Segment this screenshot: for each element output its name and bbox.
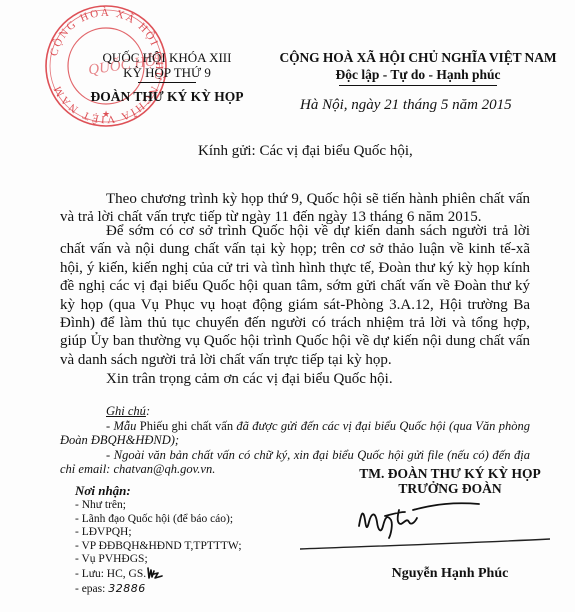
place-date: Hà Nội, ngày 21 tháng 5 năm 2015 [300,97,512,114]
national-header: CỘNG HOÀ XÃ HỘI CHỦ NGHĨA VIỆT NAM Độc l… [268,50,568,86]
issuing-body-header: QUỐC HỘI KHÓA XIII KỲ HỌP THỨ 9 ĐOÀN THƯ… [72,50,262,104]
motto-rule [339,85,497,86]
signature-block: TM. ĐOÀN THƯ KÝ KỲ HỌP TRƯỞNG ĐOÀN [330,466,570,496]
salutation: Kính gửi: Các vị đại biểu Quốc hội, [198,143,413,160]
assembly-term: QUỐC HỘI KHÓA XIII [72,50,262,65]
recipient-item: - Như trên; [75,499,242,512]
on-behalf-of: TM. ĐOÀN THƯ KÝ KỲ HỌP [330,466,570,481]
recipient-item: - Vụ PVHĐGS; [75,553,242,566]
body-paragraph-2: Để sớm có cơ sở trình Quốc hội về dự kiế… [60,222,530,369]
handwritten-signature [355,500,485,542]
notes-title: Ghi chú [106,404,146,418]
note-item-1: - Mẫu Phiếu ghi chất vấn đã được gửi đến… [60,419,530,448]
recipient-item: - Lãnh đạo Quốc hội (để báo cáo); [75,513,242,526]
recipient-item: - VP ĐĐBQH&HĐND T,TPTTTW; [75,540,242,553]
recipients-title: Nơi nhận: [75,484,242,497]
epas-number: 32886 [108,582,146,595]
signature-underline [300,538,552,552]
issuing-body-name: ĐOÀN THƯ KÝ KỲ HỌP [72,89,262,104]
session-number: KỲ HỌP THỨ 9 [72,65,262,80]
recipient-item: - LĐVPQH; [75,526,242,539]
national-motto: Độc lập - Tự do - Hạnh phúc [335,67,500,83]
svg-text:★: ★ [102,109,110,119]
closing-line: Xin trân trọng cảm ơn các vị đại biểu Qu… [106,371,393,388]
nation-name: CỘNG HOÀ XÃ HỘI CHỦ NGHĨA VIỆT NAM [268,50,568,66]
header-rule [138,82,196,83]
recipients-list: Nơi nhận: - Như trên; - Lãnh đạo Quốc hộ… [75,484,242,596]
signer-title: TRƯỞNG ĐOÀN [330,481,570,496]
recipient-item: - Lưu: HC, GS. [75,566,242,581]
handwritten-initials [146,566,164,580]
epas-reference: - epas: 32886 [75,582,242,596]
signer-name: Nguyễn Hạnh Phúc [330,566,570,582]
